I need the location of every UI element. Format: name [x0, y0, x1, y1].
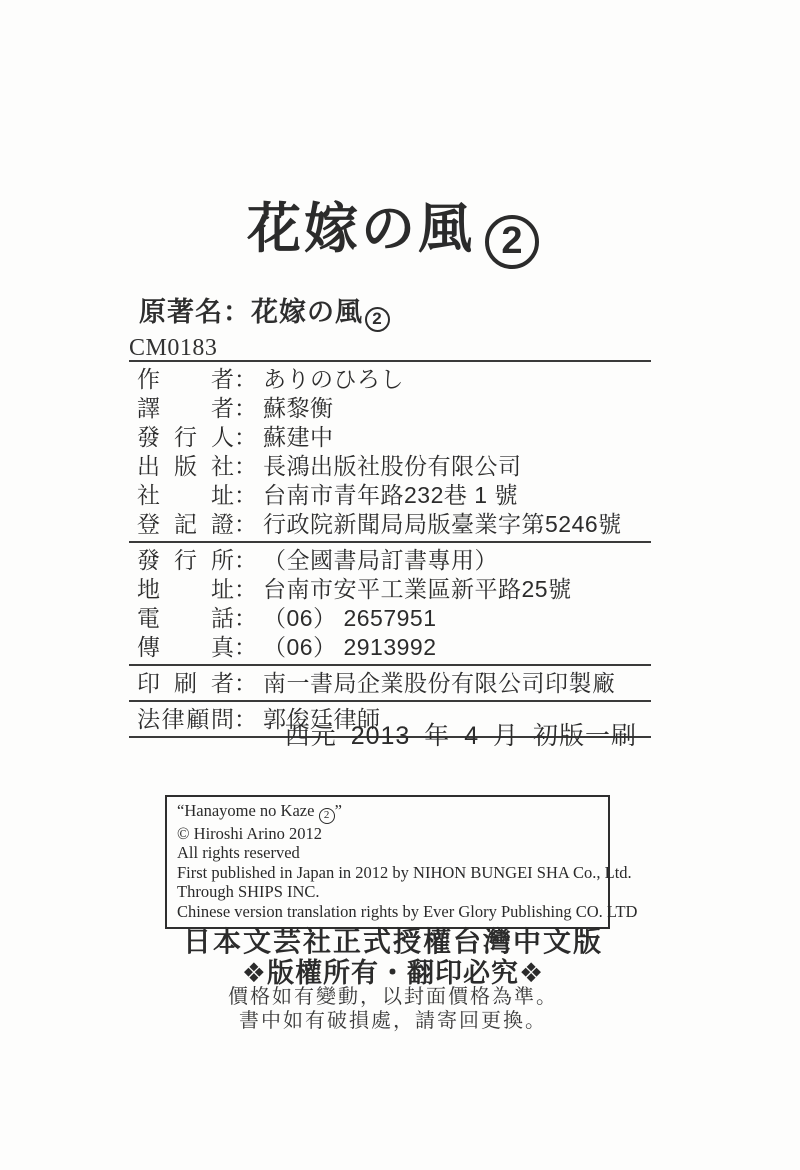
row-distributor: 發行所：（全國書局訂書專用） — [129, 546, 651, 575]
label-separator: ： — [234, 669, 257, 698]
row-label: 作者 — [137, 365, 234, 394]
row-value: （06） 2657951 — [263, 604, 437, 633]
edition-date-line: 西元 2013 年 4 月 初版一刷 — [135, 716, 651, 752]
label-separator: ： — [234, 546, 257, 575]
row-value: （06） 2913992 — [263, 633, 437, 662]
row-label: 登記證 — [137, 510, 234, 539]
original-title-text: 原著名：花嫁の風 — [139, 297, 363, 327]
copyright-title-pre: “Hanayome no Kaze — [177, 801, 319, 820]
row-publisher: 出版社：長鴻出版社股份有限公司 — [129, 452, 651, 481]
row-value: ありのひろし — [263, 365, 404, 394]
row-value: 蘇建中 — [263, 423, 334, 452]
volume-circle-badge: 2 — [485, 215, 539, 269]
label-separator: ： — [234, 365, 257, 394]
row-label: 發行人 — [137, 423, 234, 452]
row-telephone: 電話：（06） 2657951 — [129, 604, 651, 633]
row-label: 印刷者 — [137, 669, 234, 698]
label-separator: ： — [234, 604, 257, 633]
copyright-line: © Hiroshi Arino 2012 — [177, 824, 600, 844]
row-fax: 傳真：（06） 2913992 — [129, 633, 651, 662]
volume-circle-badge-small: 2 — [365, 307, 390, 332]
copyright-line: Chinese version translation rights by Ev… — [177, 902, 600, 922]
row-label: 傳真 — [137, 633, 234, 662]
copyright-title-post: ” — [335, 801, 342, 820]
label-separator: ： — [234, 423, 257, 452]
row-value: （全國書局訂書專用） — [263, 546, 498, 575]
row-value: 長鴻出版社股份有限公司 — [263, 452, 522, 481]
row-value: 台南市安平工業區新平路25號 — [263, 575, 572, 604]
volume-number-tiny: 2 — [324, 806, 330, 826]
label-separator: ： — [234, 575, 257, 604]
volume-number-small: 2 — [372, 309, 382, 329]
original-title-line: 原著名：花嫁の風2 — [139, 290, 390, 332]
row-author: 作者：ありのひろし — [129, 365, 651, 394]
row-value: 台南市青年路232巷 1 號 — [263, 481, 518, 510]
copyright-line: Through SHIPS INC. — [177, 882, 600, 902]
row-label: 出版社 — [137, 452, 234, 481]
colophon-group-distributor: 發行所：（全國書局訂書專用） 地址：台南市安平工業區新平路25號 電話：（06）… — [129, 541, 651, 664]
row-address: 地址：台南市安平工業區新平路25號 — [129, 575, 651, 604]
row-value: 南一書局企業股份有限公司印製廠 — [263, 669, 616, 698]
label-separator: ： — [234, 452, 257, 481]
row-label: 發行所 — [137, 546, 234, 575]
copyright-box: “Hanayome no Kaze 2” © Hiroshi Arino 201… — [165, 795, 610, 929]
row-company-address: 社址：台南市青年路232巷 1 號 — [129, 481, 651, 510]
copyright-line: First published in Japan in 2012 by NIHO… — [177, 863, 600, 883]
copyright-line: All rights reserved — [177, 843, 600, 863]
row-label: 社址 — [137, 481, 234, 510]
colophon-group-printer: 印刷者：南一書局企業股份有限公司印製廠 — [129, 664, 651, 700]
colophon-group-publisher: 作者：ありのひろし 譯者：蘇黎衡 發行人：蘇建中 出版社：長鴻出版社股份有限公司… — [129, 360, 651, 541]
row-translator: 譯者：蘇黎衡 — [129, 394, 651, 423]
label-separator: ： — [234, 510, 257, 539]
damage-note-line: 書中如有破損處，請寄回更換。 — [135, 1004, 651, 1033]
label-separator: ： — [234, 481, 257, 510]
row-label: 地址 — [137, 575, 234, 604]
book-title-text: 花嫁の風 — [247, 199, 475, 259]
label-separator: ： — [234, 633, 257, 662]
colophon-page: 花嫁の風2 原著名：花嫁の風2 CM0183 作者：ありのひろし 譯者：蘇黎衡 … — [0, 0, 800, 1170]
product-code: CM0183 — [129, 335, 217, 362]
label-separator: ： — [234, 394, 257, 423]
book-title: 花嫁の風2 — [135, 186, 651, 269]
row-label: 電話 — [137, 604, 234, 633]
row-issuer: 發行人：蘇建中 — [129, 423, 651, 452]
row-printer: 印刷者：南一書局企業股份有限公司印製廠 — [129, 669, 651, 698]
volume-circle-badge-tiny: 2 — [319, 808, 335, 824]
row-value: 蘇黎衡 — [263, 394, 334, 423]
row-label: 譯者 — [137, 394, 234, 423]
row-registration: 登記證：行政院新聞局局版臺業字第5246號 — [129, 510, 651, 539]
volume-number: 2 — [501, 220, 522, 263]
copyright-title-line: “Hanayome no Kaze 2” — [177, 801, 600, 824]
colophon-table: 作者：ありのひろし 譯者：蘇黎衡 發行人：蘇建中 出版社：長鴻出版社股份有限公司… — [129, 360, 651, 738]
row-value: 行政院新聞局局版臺業字第5246號 — [263, 510, 622, 539]
